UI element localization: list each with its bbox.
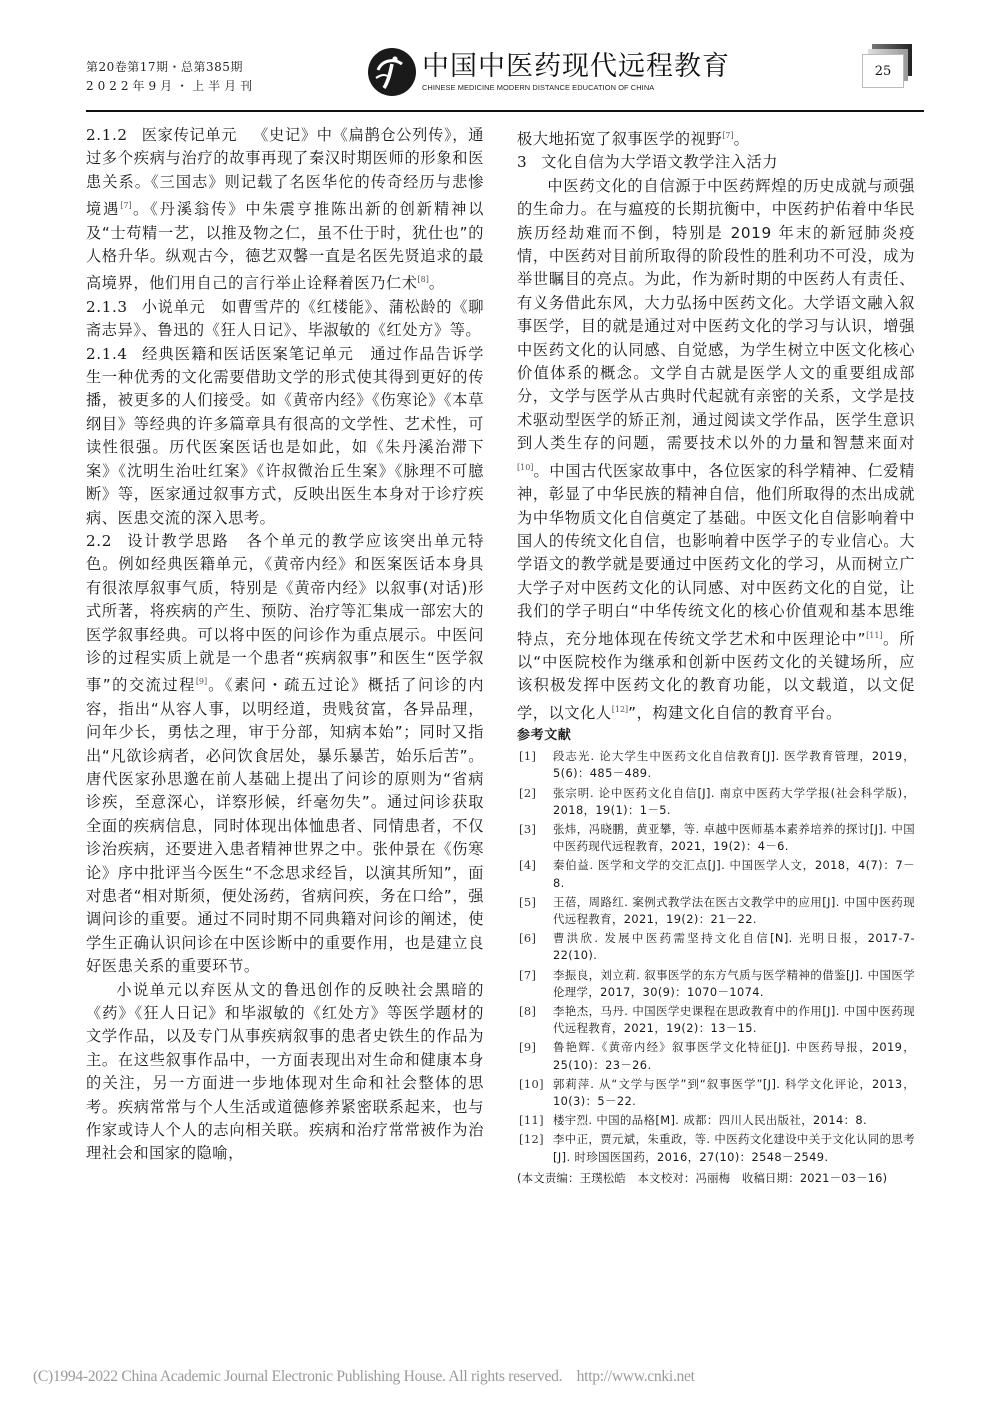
section-title: 设计教学思路 (126, 532, 230, 550)
issue-date: 2022年9月・上半月刊 (86, 77, 256, 96)
continued-paragraph: 极大地拓宽了叙事医学的视野[7]。 (517, 124, 915, 151)
reference-item: [10]郭莉萍. 从“文学与医学”到“叙事医学”[J]. 科学文化评论，2013… (517, 1076, 915, 1110)
citation[interactable]: [10] (517, 463, 533, 472)
citation[interactable]: [7] (120, 201, 131, 210)
citation[interactable]: [11] (866, 631, 882, 640)
references-list: [1]段志光. 论大学生中医药文化自信教育[J]. 医学教育管理，2019，5(… (517, 748, 915, 1166)
citation[interactable]: [9] (196, 677, 207, 686)
journal-title-cn: 中国中医药现代远程教育 (422, 52, 730, 82)
section-2-1-3: 2.1.3小说单元 如曹雪芹的《红楼能》、蒲松龄的《聊斋志异》、鲁迅的《狂人日记… (86, 296, 484, 343)
journal-title-en: CHINESE MEDICINE MODERN DISTANCE EDUCATI… (422, 83, 730, 92)
section-2-1-2: 2.1.2医家传记单元 《史记》中《扁鹊仓公列传》，通过多个疾病与治疗的故事再现… (86, 124, 484, 296)
reference-item: [8]李艳杰，马丹. 中国医学史课程在思政教育中的作用[J]. 中国中医药现代远… (517, 1003, 915, 1037)
reference-item: [11]楼宇烈. 中国的品格[M]. 成都：四川人民出版社，2014：8. (517, 1112, 915, 1129)
section-title: 医家传记单元 (142, 126, 238, 144)
left-column: 2.1.2医家传记单元 《史记》中《扁鹊仓公列传》，通过多个疾病与治疗的故事再现… (86, 124, 484, 1166)
references-heading: 参考文献 (517, 726, 915, 746)
issue-info: 第20卷第17期・总第385期 2022年9月・上半月刊 (86, 58, 256, 96)
issue-volume: 第20卷第17期・总第385期 (86, 58, 256, 77)
reference-item: [7]李振良，刘立莉. 叙事医学的东方气质与医学精神的借鉴[J]. 中国医学伦理… (517, 967, 915, 1001)
page-number: 25 (862, 54, 904, 88)
journal-emblem-icon (368, 48, 416, 96)
citation[interactable]: [8] (418, 275, 429, 284)
section-title: 小说单元 (142, 298, 206, 316)
page-header: 第20卷第17期・总第385期 2022年9月・上半月刊 中国中医药现代远程教育… (86, 56, 924, 106)
copyright-footer: (C)1994-2022 China Academic Journal Elec… (33, 1368, 695, 1386)
reference-item: [2]张宗明. 论中医药文化自信[J]. 南京中医药大学学报(社会科学版)，20… (517, 785, 915, 819)
section-2-1-4: 2.1.4经典医籍和医话医案笔记单元 通过作品告诉学生一种优秀的文化需要借助文学… (86, 343, 484, 530)
citation[interactable]: [12] (612, 705, 628, 714)
section-title: 经典医籍和医话医案笔记单元 (142, 345, 354, 363)
reference-item: [9]鲁艳辉.《黄帝内经》叙事医学文化特征[J]. 中医药导报，2019，25(… (517, 1039, 915, 1073)
section-3-heading: 3文化自信为大学语文教学注入活力 (517, 151, 915, 174)
section-3-body: 中医药文化的自信源于中医药辉煌的历史成就与顽强的生命力。在与瘟疫的长期抗衡中，中… (517, 175, 915, 725)
header-rule (86, 110, 924, 112)
section-2-2: 2.2设计教学思路 各个单元的教学应该突出单元特色。例如经典医籍单元，《黄帝内经… (86, 530, 484, 979)
paragraph-novel-unit: 小说单元以弃医从文的鲁迅创作的反映社会黑暗的《药》《狂人日记》和毕淑敏的《红处方… (86, 979, 484, 1166)
journal-logo: 中国中医药现代远程教育 CHINESE MEDICINE MODERN DIST… (368, 48, 730, 96)
section-title: 文化自信为大学语文教学注入活力 (541, 153, 778, 171)
right-column: 极大地拓宽了叙事医学的视野[7]。 3文化自信为大学语文教学注入活力 中医药文化… (517, 124, 915, 1187)
reference-item: [1]段志光. 论大学生中医药文化自信教育[J]. 医学教育管理，2019，5(… (517, 748, 915, 782)
reference-item: [6]曹洪欣. 发展中医药需坚持文化自信[N]. 光明日报，2017-7-22(… (517, 930, 915, 964)
reference-item: [3]张炜，冯晓鹏，黄亚攀，等. 卓越中医师基本素养培养的探讨[J]. 中国中医… (517, 821, 915, 855)
reference-item: [5]王蓓，周路红. 案例式教学法在医古文教学中的应用[J]. 中国中医药现代远… (517, 894, 915, 928)
reference-item: [4]秦伯益. 医学和文学的交汇点[J]. 中国医学人文，2018，4(7)：7… (517, 857, 915, 891)
editor-note: (本文责编：王璞松皓 本文校对：冯丽梅 收稿日期：2021－03－16) (517, 1169, 915, 1187)
citation[interactable]: [7] (722, 131, 733, 140)
page-number-box: 25 (860, 44, 912, 92)
reference-item: [12]李中正，贾元斌，朱重政，等. 中医药文化建设中关于文化认同的思考[J].… (517, 1131, 915, 1165)
